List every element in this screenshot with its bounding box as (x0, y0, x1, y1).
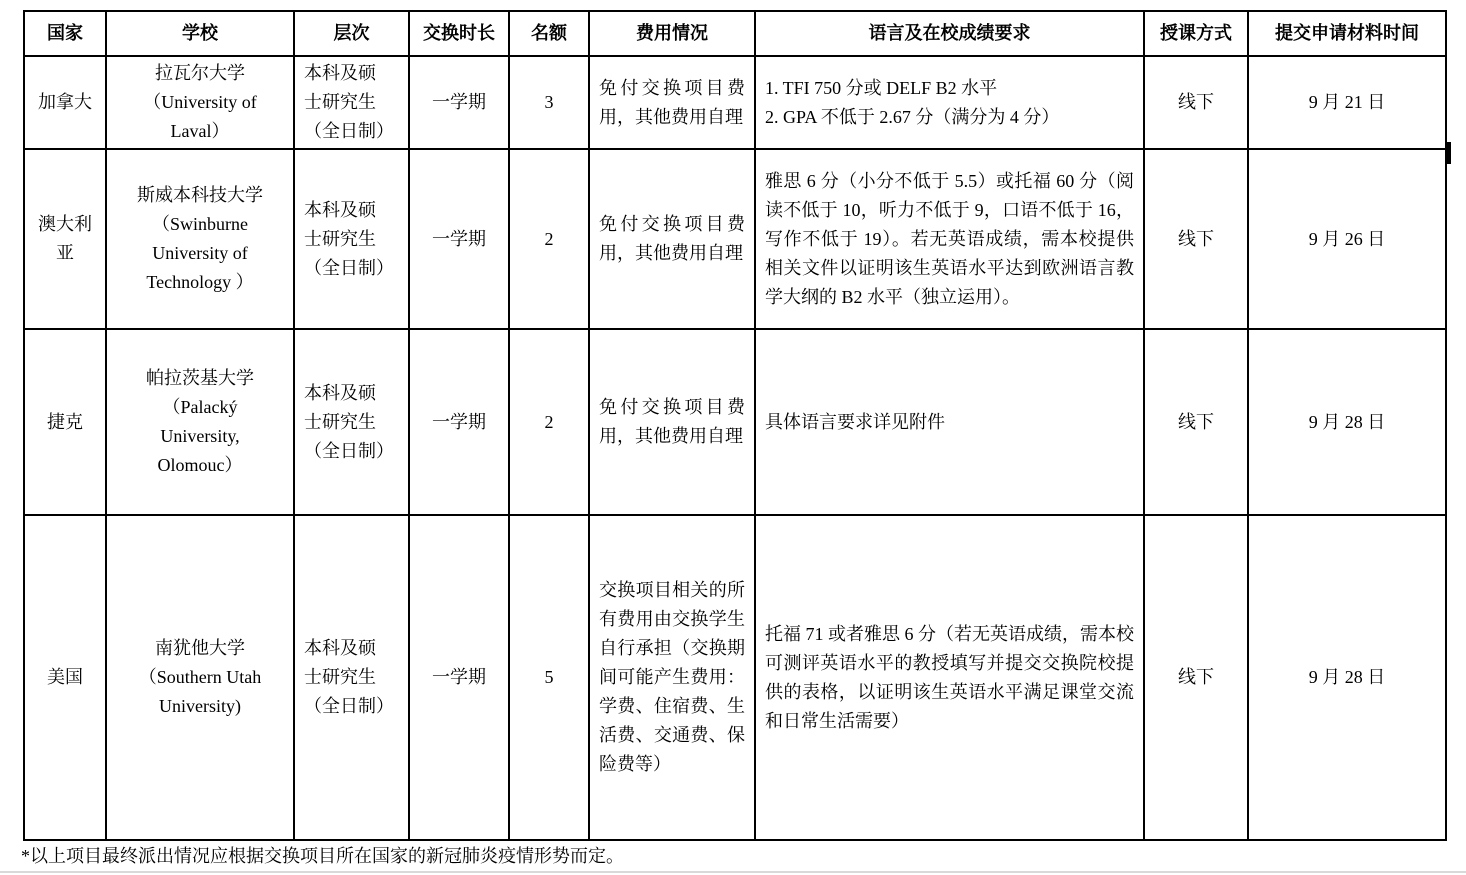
table-header-row: 国家 学校 层次 交换时长 名额 费用情况 语言及在校成绩要求 授课方式 提交申… (24, 11, 1446, 56)
cell-deadline: 9 月 26 日 (1248, 149, 1446, 329)
cell-duration: 一学期 (409, 149, 509, 329)
cell-school: 拉瓦尔大学 （University of Laval） (106, 56, 294, 149)
cell-duration: 一学期 (409, 329, 509, 515)
cell-school: 斯威本科技大学 （Swinburne University of Technol… (106, 149, 294, 329)
table-row-usa: 美国 南犹他大学 （Southern Utah University) 本科及硕… (24, 515, 1446, 840)
cell-quota: 3 (509, 56, 589, 149)
bottom-divider (0, 871, 1466, 873)
col-header-language: 语言及在校成绩要求 (755, 11, 1144, 56)
col-header-school: 学校 (106, 11, 294, 56)
text-cursor-mark (1446, 142, 1451, 164)
cell-level: 本科及硕 士研究生 （全日制） (294, 149, 409, 329)
cell-teaching: 线下 (1144, 329, 1248, 515)
footnote: *以上项目最终派出情况应根据交换项目所在国家的新冠肺炎疫情形势而定。 (21, 845, 624, 867)
exchange-programs-table: 国家 学校 层次 交换时长 名额 费用情况 语言及在校成绩要求 授课方式 提交申… (23, 10, 1447, 841)
document-page: 国家 学校 层次 交换时长 名额 费用情况 语言及在校成绩要求 授课方式 提交申… (0, 0, 1466, 875)
cell-fees: 免付交换项目费用，其他费用自理 (589, 329, 755, 515)
cell-teaching: 线下 (1144, 149, 1248, 329)
cell-country: 美国 (24, 515, 106, 840)
cell-level: 本科及硕 士研究生 （全日制） (294, 515, 409, 840)
cell-quota: 2 (509, 329, 589, 515)
cell-country: 加拿大 (24, 56, 106, 149)
table-row-canada: 加拿大 拉瓦尔大学 （University of Laval） 本科及硕 士研究… (24, 56, 1446, 149)
cell-teaching: 线下 (1144, 515, 1248, 840)
col-header-country: 国家 (24, 11, 106, 56)
cell-quota: 2 (509, 149, 589, 329)
table-row-australia: 澳大利亚 斯威本科技大学 （Swinburne University of Te… (24, 149, 1446, 329)
cell-deadline: 9 月 28 日 (1248, 329, 1446, 515)
col-header-duration: 交换时长 (409, 11, 509, 56)
table-row-czech: 捷克 帕拉茨基大学 （Palacký University, Olomouc） … (24, 329, 1446, 515)
col-header-deadline: 提交申请材料时间 (1248, 11, 1446, 56)
cell-language: 雅思 6 分（小分不低于 5.5）或托福 60 分（阅读不低于 10，听力不低于… (755, 149, 1144, 329)
col-header-fees: 费用情况 (589, 11, 755, 56)
cell-language: 具体语言要求详见附件 (755, 329, 1144, 515)
cell-quota: 5 (509, 515, 589, 840)
cell-duration: 一学期 (409, 56, 509, 149)
cell-deadline: 9 月 28 日 (1248, 515, 1446, 840)
col-header-level: 层次 (294, 11, 409, 56)
cell-school: 帕拉茨基大学 （Palacký University, Olomouc） (106, 329, 294, 515)
col-header-teaching: 授课方式 (1144, 11, 1248, 56)
cell-school: 南犹他大学 （Southern Utah University) (106, 515, 294, 840)
cell-language: 1. TFI 750 分或 DELF B2 水平 2. GPA 不低于 2.67… (755, 56, 1144, 149)
cell-fees: 免付交换项目费用，其他费用自理 (589, 56, 755, 149)
cell-level: 本科及硕 士研究生 （全日制） (294, 56, 409, 149)
cell-duration: 一学期 (409, 515, 509, 840)
cell-level: 本科及硕 士研究生 （全日制） (294, 329, 409, 515)
cell-fees: 交换项目相关的所有费用由交换学生自行承担（交换期间可能产生费用：学费、住宿费、生… (589, 515, 755, 840)
col-header-quota: 名额 (509, 11, 589, 56)
cell-deadline: 9 月 21 日 (1248, 56, 1446, 149)
cell-country: 捷克 (24, 329, 106, 515)
cell-country: 澳大利亚 (24, 149, 106, 329)
cell-language: 托福 71 或者雅思 6 分（若无英语成绩，需本校可测评英语水平的教授填写并提交… (755, 515, 1144, 840)
cell-teaching: 线下 (1144, 56, 1248, 149)
cell-fees: 免付交换项目费用，其他费用自理 (589, 149, 755, 329)
